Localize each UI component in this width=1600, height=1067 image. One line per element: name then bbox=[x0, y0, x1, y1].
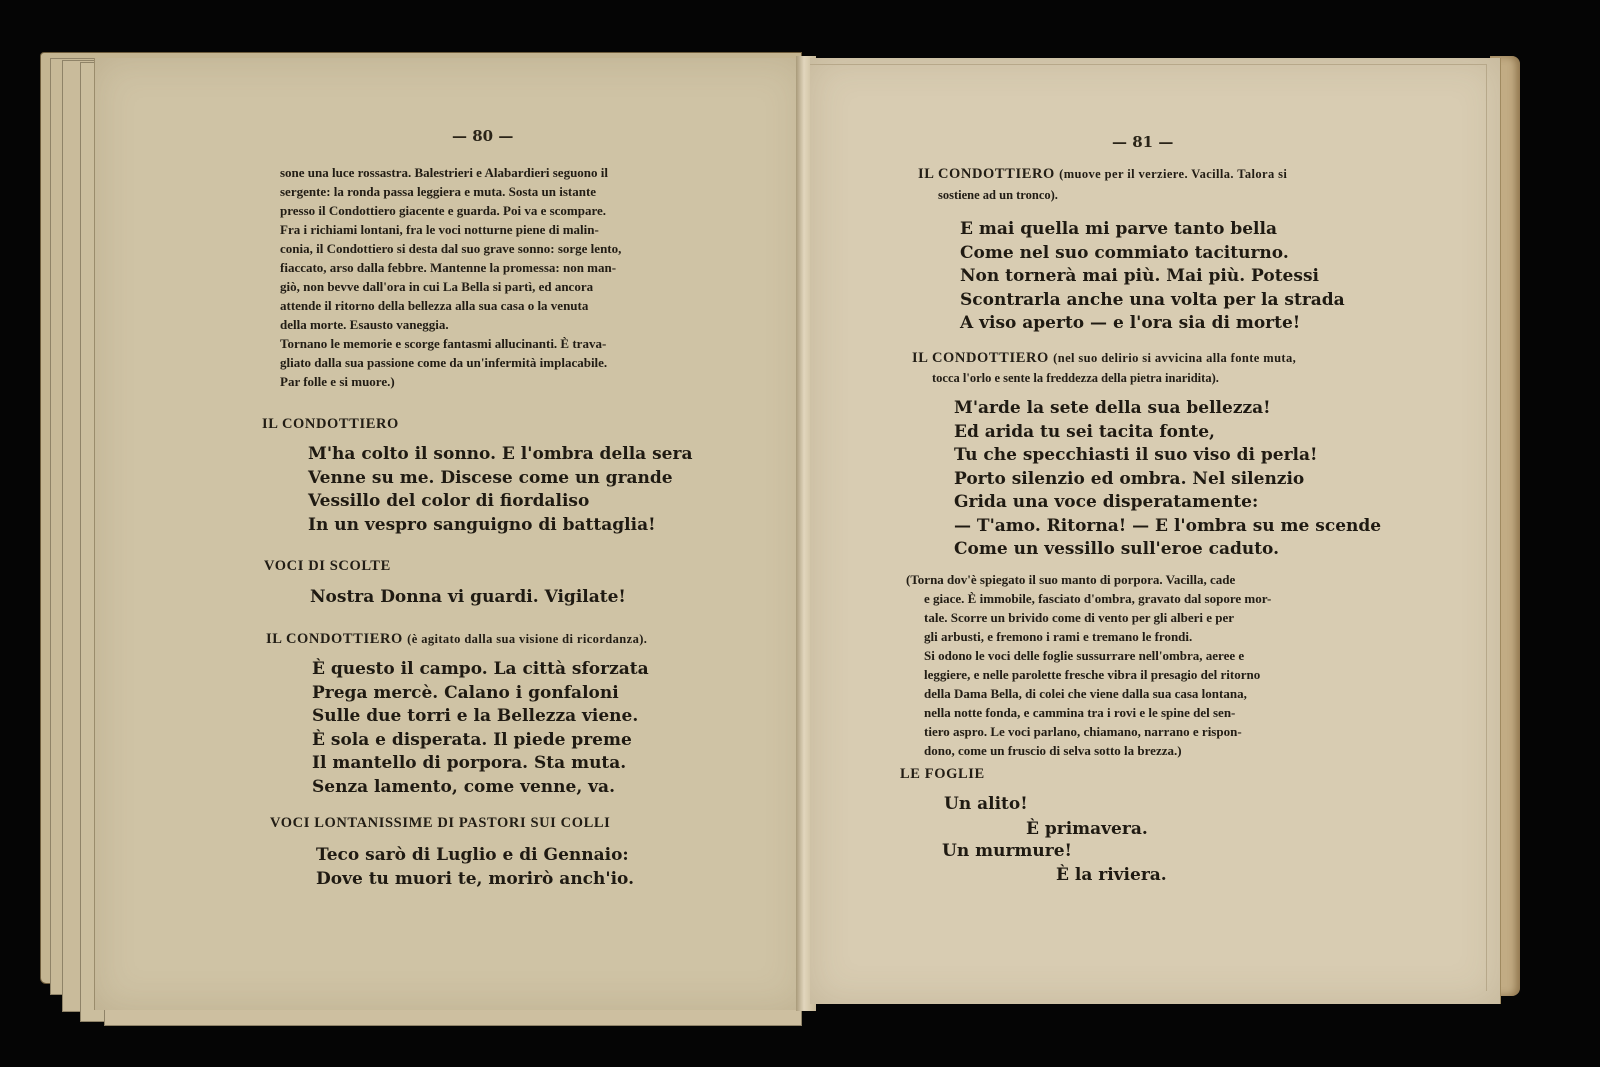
speaker-name: VOCI LONTANISSIME DI PASTORI SUI COLLI bbox=[270, 815, 610, 832]
speaker-name: IL CONDOTTIERO bbox=[262, 416, 399, 433]
verse-line: Un murmure! bbox=[942, 840, 1072, 864]
stage-line: presso il Condottiero giacente e guarda.… bbox=[280, 201, 712, 220]
verse-block: È questo il campo. La città sforzata Pre… bbox=[312, 658, 649, 799]
stage-line: attende il ritorno della bellezza alla s… bbox=[280, 296, 712, 315]
stage-line: gli arbusti, e fremono i rami e tremano … bbox=[906, 627, 1346, 646]
verse-block: E mai quella mi parve tanto bella Come n… bbox=[960, 218, 1345, 336]
speaker-direction: (è agitato dalla sua visione di ricordan… bbox=[407, 632, 647, 646]
verse-line: — T'amo. Ritorna! — E l'ombra su me scen… bbox=[954, 515, 1381, 539]
stage-line: fiaccato, arso dalla febbre. Mantenne la… bbox=[280, 258, 712, 277]
stage-line: della Dama Bella, di colei che viene dal… bbox=[906, 684, 1346, 703]
stage-line: Par folle e si muore.) bbox=[280, 372, 712, 391]
verse-line: Dove tu muori te, morirò anch'io. bbox=[316, 868, 634, 892]
verse-line: M'ha colto il sonno. E l'ombra della ser… bbox=[308, 443, 692, 467]
verse-line: Un alito! bbox=[944, 793, 1028, 817]
verse-line: Il mantello di porpora. Sta muta. bbox=[312, 752, 649, 776]
verse-line: È questo il campo. La città sforzata bbox=[312, 658, 649, 682]
verse-line: In un vespro sanguigno di battaglia! bbox=[308, 514, 692, 538]
stage-line: Fra i richiami lontani, fra le voci nott… bbox=[280, 220, 712, 239]
speaker-name: VOCI DI SCOLTE bbox=[264, 558, 391, 575]
verse-line: M'arde la sete della sua bellezza! bbox=[954, 397, 1381, 421]
verse-line: Venne su me. Discese come un grande bbox=[308, 467, 692, 491]
stage-direction-right: (Torna dov'è spiegato il suo manto di po… bbox=[906, 570, 1346, 760]
verse-block: M'ha colto il sonno. E l'ombra della ser… bbox=[308, 443, 692, 537]
verse-line: Grida una voce disperatamente: bbox=[954, 491, 1381, 515]
verse-line: Ed arida tu sei tacita fonte, bbox=[954, 421, 1381, 445]
verse-line: Sulle due torri e la Bellezza viene. bbox=[312, 705, 649, 729]
verse-line: E mai quella mi parve tanto bella bbox=[960, 218, 1345, 242]
stage-line: della morte. Esausto vaneggia. bbox=[280, 315, 712, 334]
stage-line: conia, il Condottiero si desta dal suo g… bbox=[280, 239, 712, 258]
stage-line: Tornano le memorie e scorge fantasmi all… bbox=[280, 334, 712, 353]
verse-block: M'arde la sete della sua bellezza! Ed ar… bbox=[954, 397, 1381, 562]
verse-line: Teco sarò di Luglio e di Gennaio: bbox=[316, 844, 634, 868]
verse-line: Non tornerà mai più. Mai più. Potessi bbox=[960, 265, 1345, 289]
speaker-direction-continued: tocca l'orlo e sente la freddezza della … bbox=[932, 371, 1219, 386]
speaker-direction: (muove per il verziere. Vacilla. Talora … bbox=[1059, 167, 1287, 181]
verse-line: È primavera. bbox=[1026, 818, 1148, 842]
verse-line: Come nel suo commiato taciturno. bbox=[960, 242, 1345, 266]
stage-line: tiero aspro. Le voci parlano, chiamano, … bbox=[906, 722, 1346, 741]
verse-block: Nostra Donna vi guardi. Vigilate! bbox=[310, 586, 626, 610]
stage-line: Si odono le voci delle foglie sussurrare… bbox=[906, 646, 1346, 665]
verse-line: A viso aperto — e l'ora sia di morte! bbox=[960, 312, 1345, 336]
verse-line: Nostra Donna vi guardi. Vigilate! bbox=[310, 586, 626, 610]
verse-line: Senza lamento, come venne, va. bbox=[312, 776, 649, 800]
stage-line: (Torna dov'è spiegato il suo manto di po… bbox=[906, 570, 1346, 589]
speaker-with-direction: IL CONDOTTIERO (muove per il verziere. V… bbox=[918, 166, 1287, 183]
verse-line: Porto silenzio ed ombra. Nel silenzio bbox=[954, 468, 1381, 492]
stage-line: sergente: la ronda passa leggiera e muta… bbox=[280, 182, 712, 201]
verse-line: Come un vessillo sull'eroe caduto. bbox=[954, 538, 1381, 562]
speaker-name: IL CONDOTTIERO bbox=[912, 350, 1049, 366]
stage-line: nella notte fonda, e cammina tra i rovi … bbox=[906, 703, 1346, 722]
stage-line: e giace. È immobile, fasciato d'ombra, g… bbox=[906, 589, 1346, 608]
verse-line: Prega mercè. Calano i gonfaloni bbox=[312, 682, 649, 706]
stage-line: dono, come un fruscio di selva sotto la … bbox=[906, 741, 1346, 760]
verse-line: Tu che specchiasti il suo viso di perla! bbox=[954, 444, 1381, 468]
verse-line: Vessillo del color di fiordaliso bbox=[308, 490, 692, 514]
speaker-with-direction: IL CONDOTTIERO (è agitato dalla sua visi… bbox=[266, 631, 647, 648]
page-number-right: — 81 — bbox=[1112, 133, 1173, 151]
speaker-direction-continued: sostiene ad un tronco). bbox=[938, 188, 1058, 203]
stage-line: gliato dalla sua passione come da un'inf… bbox=[280, 353, 712, 372]
verse-line: È la riviera. bbox=[1056, 864, 1167, 888]
stage-line: giò, non bevve dall'ora in cui La Bella … bbox=[280, 277, 712, 296]
speaker-name: IL CONDOTTIERO bbox=[266, 631, 403, 647]
stage-line: tale. Scorre un brivido come di vento pe… bbox=[906, 608, 1346, 627]
verse-block: Teco sarò di Luglio e di Gennaio: Dove t… bbox=[316, 844, 634, 891]
speaker-name: LE FOGLIE bbox=[900, 766, 985, 783]
stage-direction-left: sone una luce rossastra. Balestrieri e A… bbox=[280, 163, 712, 391]
open-book: — 80 — sone una luce rossastra. Balestri… bbox=[0, 0, 1600, 1067]
speaker-with-direction: IL CONDOTTIERO (nel suo delirio si avvic… bbox=[912, 350, 1296, 367]
verse-line: È sola e disperata. Il piede preme bbox=[312, 729, 649, 753]
stage-line: sone una luce rossastra. Balestrieri e A… bbox=[280, 163, 712, 182]
page-number-left: — 80 — bbox=[452, 127, 513, 145]
verse-line: Scontrarla anche una volta per la strada bbox=[960, 289, 1345, 313]
speaker-direction: (nel suo delirio si avvicina alla fonte … bbox=[1053, 351, 1296, 365]
speaker-name: IL CONDOTTIERO bbox=[918, 166, 1055, 182]
stage-line: leggiere, e nelle parolette fresche vibr… bbox=[906, 665, 1346, 684]
